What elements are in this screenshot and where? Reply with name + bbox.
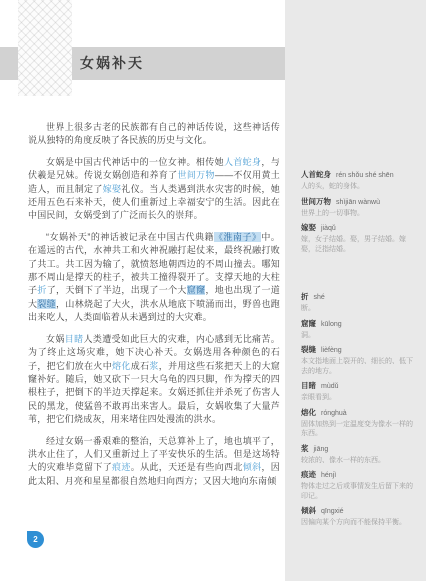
vocab-pinyin: shé	[314, 294, 325, 301]
paragraph: 世界上很多古老的民族都有自己的神话传说，这些神话传说从独特的角度反映了各民族的历…	[28, 121, 280, 148]
body-text: 成石	[131, 361, 150, 371]
vocab-headword-row: 倾斜qīngxié	[301, 506, 414, 516]
vocab-pinyin: rónghuà	[321, 410, 347, 417]
vocab-entry: 人首蛇身rén shǒu shé shēn人的头，蛇的身体。	[301, 170, 414, 192]
vocab-pinyin: qīngxié	[321, 508, 344, 515]
body-text: ，山林烧起了大火，洪水从地底下喷涌而出，野兽也跑出来吃人，人类面临着从未遇到过的…	[28, 299, 280, 322]
vocab-headword-row: 嫁娶jiàqǔ	[301, 223, 414, 233]
vocab-definition: 亲眼看到。	[301, 393, 414, 403]
vocab-definition: 断。	[301, 304, 414, 314]
vocab-word-link[interactable]: 熔化	[112, 361, 131, 371]
vocab-headword: 世间万物	[301, 197, 331, 206]
vocab-headword-row: 窟窿kūlong	[301, 319, 414, 329]
vocab-headword: 人首蛇身	[301, 170, 331, 179]
vocab-definition: 世界上的一切事物。	[301, 209, 414, 219]
vocab-entry: 目睹mùdǔ亲眼看到。	[301, 381, 414, 403]
vocab-headword: 浆	[301, 444, 309, 453]
vocab-entry: 世间万物shìjiān wànwù世界上的一切事物。	[301, 197, 414, 219]
paragraph: 女娲是中国古代神话中的一位女神。相传她人首蛇身，与伏羲是兄妹。传说女娲创造和养育…	[28, 156, 280, 223]
vocab-headword-row: 人首蛇身rén shǒu shé shēn	[301, 170, 414, 180]
paragraph: 经过女娲一番艰难的整治，天总算补上了，地也填平了，洪水止住了，人们又重新过上了平…	[28, 435, 280, 489]
vocab-definition: 固体加热到一定温度变为像水一样的东西。	[301, 420, 414, 439]
vocab-headword-row: 浆jiāng	[301, 444, 414, 454]
vocab-headword: 熔化	[301, 408, 316, 417]
vocab-word-link[interactable]: 人首蛇身	[224, 157, 261, 167]
textbook-page: 女娲补天 世界上很多古老的民族都有自己的神话传说，这些神话传说从独特的角度反映了…	[0, 0, 426, 581]
vocab-word-link[interactable]: 世间万物	[178, 170, 215, 180]
body-text: 世界上很多古老的民族都有自己的神话传说，这些神话传说从独特的角度反映了各民族的历…	[28, 122, 280, 145]
body-text: “女娲补天”的神话被记录在中国古代典籍	[46, 232, 214, 242]
vocab-word-highlighted[interactable]: 裂缝	[37, 299, 56, 309]
vocab-word-link[interactable]: 浆	[149, 361, 158, 371]
vocab-entry: 痕迹hénjì物体走过之后或事情发生后留下来的印记。	[301, 470, 414, 501]
vocab-word-link[interactable]: 目睹	[65, 334, 84, 344]
vocab-definition: 洞。	[301, 331, 414, 341]
vocab-headword: 窟窿	[301, 319, 316, 328]
vocab-headword-row: 熔化rónghuà	[301, 408, 414, 418]
vocab-definition: 本文指地面上裂开的、细长的、低下去的地方。	[301, 357, 414, 376]
vocab-pinyin: lièfèng	[321, 347, 342, 354]
vocab-word-link[interactable]: 嫁娶	[103, 184, 122, 194]
vocab-entry: 熔化rónghuà固体加热到一定温度变为像水一样的东西。	[301, 408, 414, 439]
vocab-headword: 裂缝	[301, 345, 316, 354]
vocab-pinyin: rén shǒu shé shēn	[336, 172, 394, 179]
body-text: 女娲是中国古代神话中的一位女神。相传她	[46, 157, 224, 167]
vocabulary-sidebar: 人首蛇身rén shǒu shé shēn人的头，蛇的身体。世间万物shìjiā…	[285, 0, 426, 581]
vocab-pinyin: mùdǔ	[321, 383, 339, 390]
vocab-pinyin: jiàqǔ	[321, 225, 336, 232]
vocab-word-link[interactable]: 倾斜	[243, 462, 262, 472]
vocab-headword: 痕迹	[301, 470, 316, 479]
vocab-pinyin: jiāng	[314, 446, 329, 453]
crosshatch-decoration	[18, 0, 72, 96]
vocab-definition: 人的头，蛇的身体。	[301, 182, 414, 192]
vocab-pinyin: hénjì	[321, 472, 336, 479]
vocab-headword-row: 裂缝lièfèng	[301, 345, 414, 355]
vocab-entry: 浆jiāng较浓的、像水一样的东西。	[301, 444, 414, 466]
vocab-headword-row: 目睹mùdǔ	[301, 381, 414, 391]
vocab-entry: 倾斜qīngxié因偏向某个方向而不能保持平衡。	[301, 506, 414, 528]
article-text: 世界上很多古老的民族都有自己的神话传说，这些神话传说从独特的角度反映了各民族的历…	[28, 121, 280, 496]
page-number-badge: 2	[27, 531, 44, 548]
vocab-headword: 目睹	[301, 381, 316, 390]
vocab-definition: 因偏向某个方向而不能保持平衡。	[301, 518, 414, 528]
paragraph: 女娲目睹人类遭受如此巨大的灾难，内心感到无比痛苦。为了终止这场灾难，她下决心补天…	[28, 333, 280, 427]
paragraph: “女娲补天”的神话被记录在中国古代典籍《淮南子》中。在遥远的古代，水神共工和火神…	[28, 231, 280, 325]
vocab-entry: 折shé断。	[301, 292, 414, 314]
vocab-definition: 较浓的、像水一样的东西。	[301, 456, 414, 466]
vocab-headword: 倾斜	[301, 506, 316, 515]
vocab-word-highlighted[interactable]: 窟窿	[187, 285, 206, 295]
vocab-definition: 嫁，女子结婚。娶，男子结婚。嫁娶，泛指结婚。	[301, 235, 414, 254]
vocab-word-highlighted[interactable]: 《淮南子》	[214, 232, 261, 242]
vocab-entry: 裂缝lièfèng本文指地面上裂开的、细长的、低下去的地方。	[301, 345, 414, 376]
body-text: 女娲	[46, 334, 65, 344]
body-text: 。从此，天还是有些向西北	[131, 462, 243, 472]
vocab-definition: 物体走过之后或事情发生后留下来的印记。	[301, 482, 414, 501]
vocab-headword-row: 世间万物shìjiān wànwù	[301, 197, 414, 207]
vocab-headword-row: 折shé	[301, 292, 414, 302]
vocab-entry: 嫁娶jiàqǔ嫁，女子结婚。娶，男子结婚。嫁娶，泛指结婚。	[301, 223, 414, 254]
vocab-headword-row: 痕迹hénjì	[301, 470, 414, 480]
vocab-headword: 嫁娶	[301, 223, 316, 232]
body-text: 了，天倒下了半边，出现了一个大	[47, 285, 187, 295]
vocab-word-link[interactable]: 折	[37, 285, 46, 295]
vocab-pinyin: shìjiān wànwù	[336, 199, 380, 206]
vocab-word-link[interactable]: 痕迹	[112, 462, 131, 472]
vocab-pinyin: kūlong	[321, 321, 342, 328]
vocab-headword: 折	[301, 292, 309, 301]
vocab-entry: 窟窿kūlong洞。	[301, 319, 414, 341]
